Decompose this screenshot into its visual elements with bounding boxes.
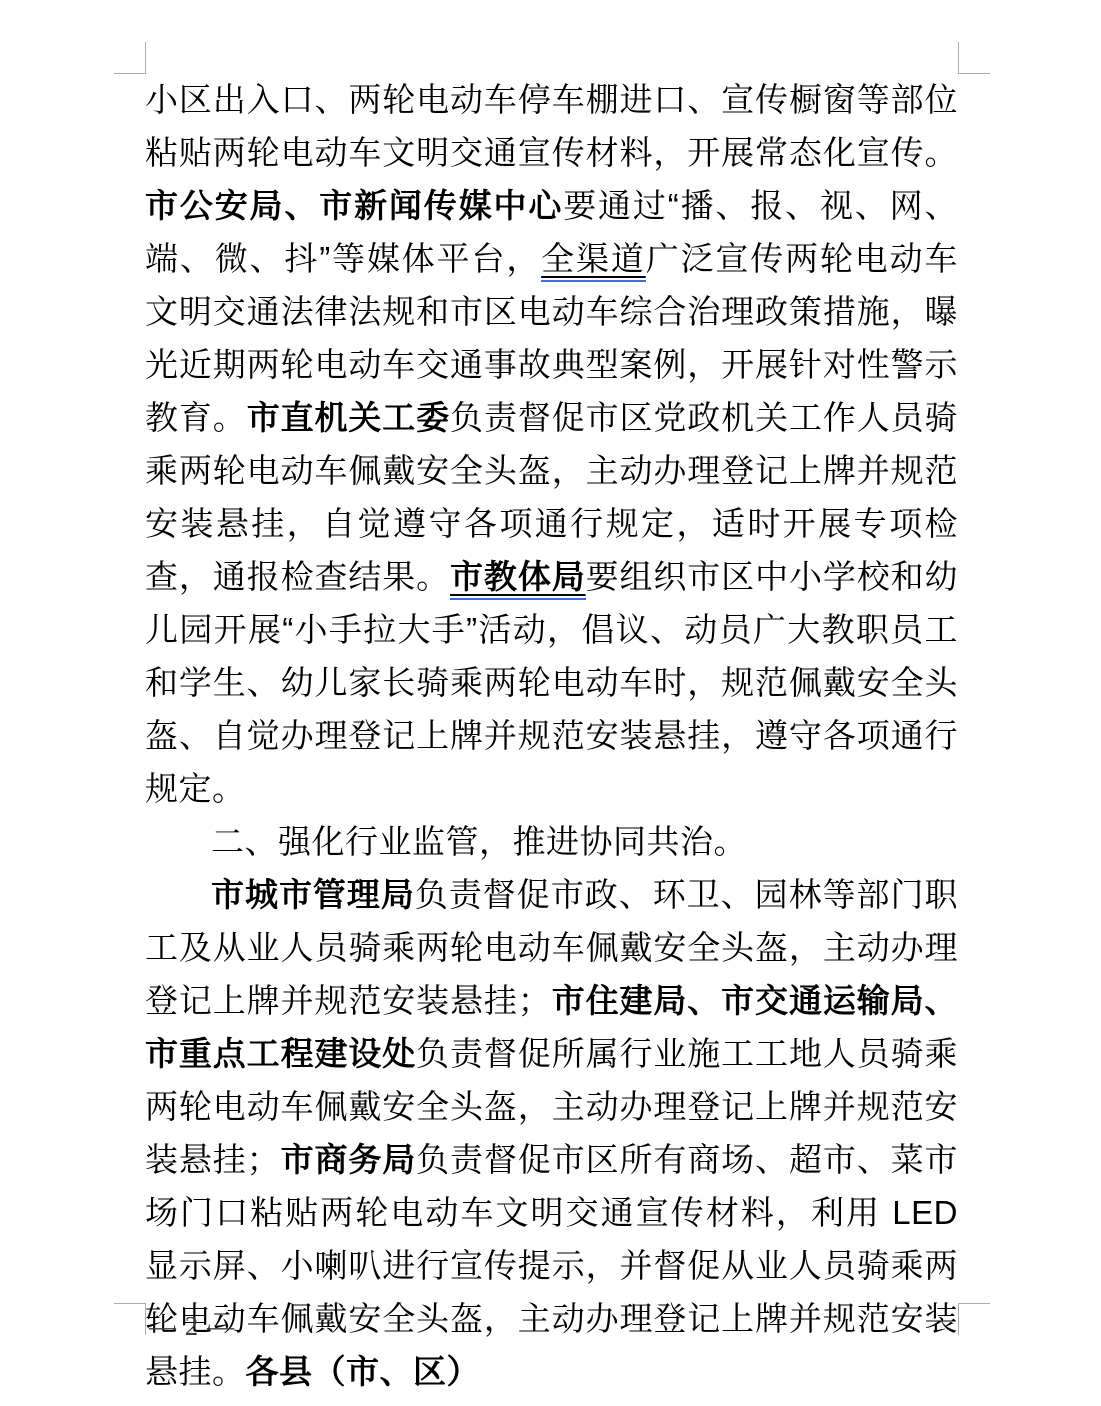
org-name-bold-run: 各县（市、区） [246, 1353, 481, 1390]
text-boundary-mark-bottom-right [958, 1303, 990, 1335]
paragraph: 二、强化行业监管，推进协同共治。 [145, 815, 958, 868]
org-name-bold-run: 市城市管理局 [211, 876, 415, 913]
paragraph: 市城市管理局负责督促市政、环卫、园林等部门职工及从业人员骑乘两轮电动车佩戴安全头… [145, 868, 958, 1398]
underlined-run: 全渠道 [541, 240, 646, 282]
page-number: — 2 — [149, 1311, 235, 1341]
text-boundary-mark-top-right [958, 42, 990, 74]
org-name-bold-run: 市公安局、市新闻传媒中心 [145, 187, 563, 224]
text-boundary-mark-bottom-left [114, 1303, 146, 1335]
document-body: 小区出入口、两轮电动车停车棚进口、宣传橱窗等部位粘贴两轮电动车文明交通宣传材料，… [145, 73, 958, 1398]
text-boundary-mark-top-left [114, 42, 146, 74]
document-page: 小区出入口、两轮电动车停车棚进口、宣传橱窗等部位粘贴两轮电动车文明交通宣传材料，… [0, 0, 1101, 1406]
org-name-bold-run: 市商务局 [280, 1141, 416, 1178]
org-name-underlined-run: 市教体局 [450, 558, 586, 600]
org-name-bold-run: 市直机关工委 [247, 399, 450, 436]
text-run: 小区出入口、两轮电动车停车棚进口、宣传橱窗等部位粘贴两轮电动车文明交通宣传材料，… [145, 81, 958, 171]
paragraph: 小区出入口、两轮电动车停车棚进口、宣传橱窗等部位粘贴两轮电动车文明交通宣传材料，… [145, 73, 958, 815]
text-run: 二、强化行业监管，推进协同共治。 [211, 823, 747, 860]
